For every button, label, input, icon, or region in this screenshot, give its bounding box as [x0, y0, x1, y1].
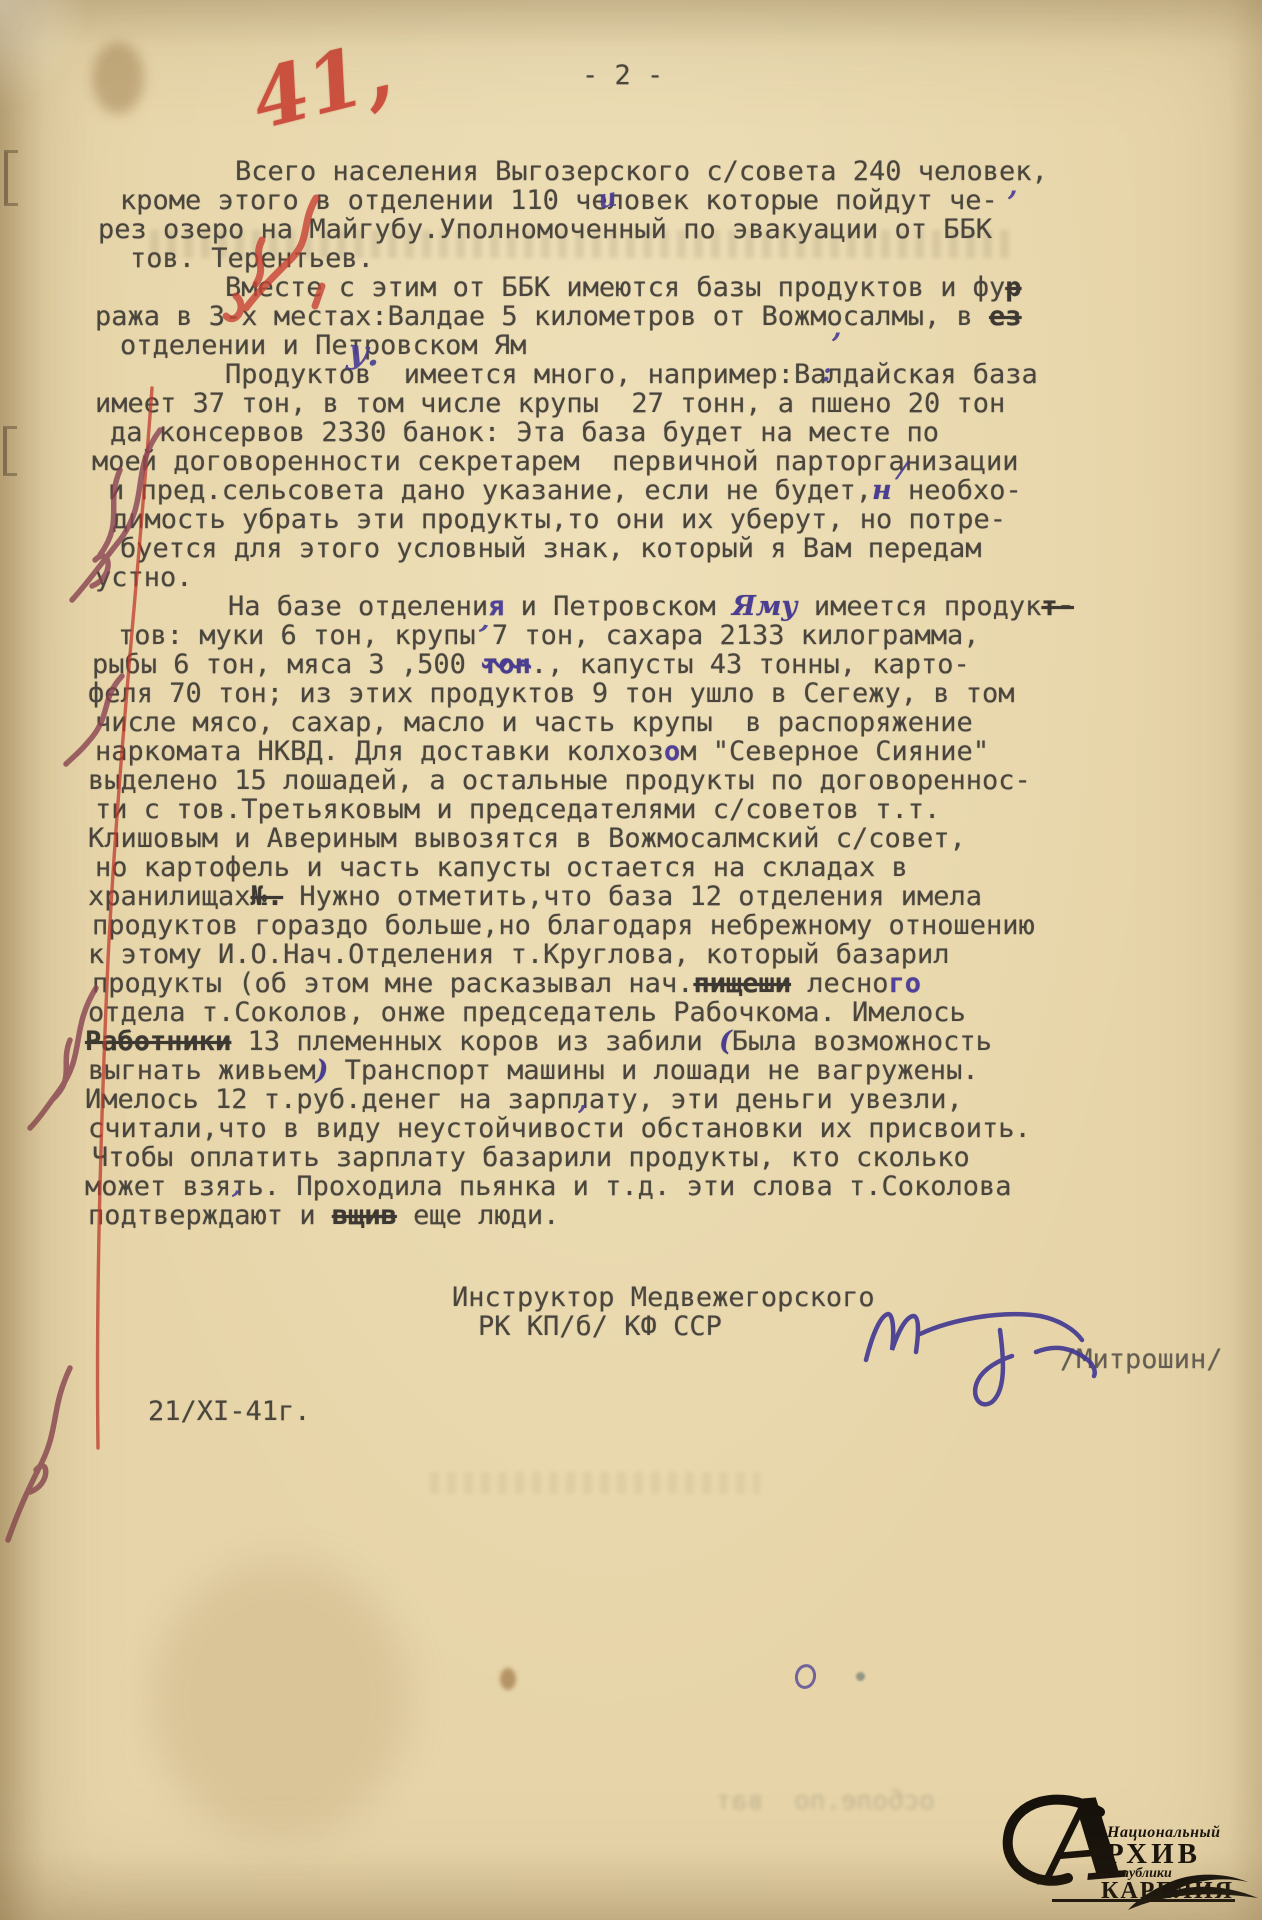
typed-text: Имелось 12 т.руб.денег на зарплату, эти … — [85, 1084, 963, 1115]
typed-line: рыбы 6 тон, мяса 3 ,500 тон., капусты 43… — [92, 651, 970, 679]
typed-line: Имелось 12 т.руб.денег на зарплату, эти … — [85, 1086, 963, 1114]
typed-line: числе мясо, сахар, масло и часть крупы в… — [95, 709, 973, 737]
signature-title-line1: Инструктор Медвежегорского — [452, 1284, 875, 1312]
typed-line: На базе отделения и Петровском Яму имеет… — [228, 593, 1074, 621]
typed-correction: т- — [1041, 591, 1074, 622]
handwritten-ink-mark: , — [578, 1088, 587, 1114]
typed-text: отдела т.Соколов, онже председатель Рабо… — [88, 997, 966, 1028]
watermark-rule — [1052, 1899, 1235, 1902]
page-number: - 2 - — [582, 62, 663, 90]
typed-line: ти с тов.Третьяковым и председателями с/… — [95, 796, 940, 824]
typed-correction: го — [889, 968, 922, 999]
handwritten-ink-mark: : — [822, 360, 832, 386]
typed-line: наркомата НКВД. Для доставки колхозом "С… — [95, 738, 989, 766]
typed-line: буется для этого условный знак, который … — [120, 535, 982, 563]
typed-line: феля 70 тон; из этих продуктов 9 тон ушл… — [88, 680, 1015, 708]
typed-text: феля 70 тон; из этих продуктов 9 тон ушл… — [88, 678, 1015, 709]
red-pencil-number: 41, — [243, 23, 401, 148]
typed-text: 13 племенных коров из забили — [231, 1026, 719, 1057]
handwritten-ink-mark: , — [1008, 172, 1018, 200]
typed-correction: ) — [316, 1055, 329, 1086]
typed-line: и пред.сельсовета дано указание, если не… — [108, 477, 1022, 505]
typed-correction: ( — [719, 1026, 732, 1057]
typed-text: может взять. Проходила пьянка и т.д. эти… — [85, 1171, 1012, 1202]
typed-line: Чтобы оплатить зарплату базарили продукт… — [92, 1144, 970, 1172]
typed-line: хранилищах№. Нужно отметить,что база 12 … — [88, 883, 982, 911]
typed-line: Вместе с этим от ББК имеются базы продук… — [225, 274, 1022, 302]
typed-line: моей договоренности секретарем первичной… — [92, 448, 1019, 476]
typed-text: наркомата НКВД. Для доставки колхоз — [95, 736, 664, 767]
typed-line: тов. Терентьев. — [130, 245, 374, 273]
typed-correction: Работники — [85, 1026, 231, 1057]
typed-text: Нужно отметить,что база 12 отделения име… — [283, 881, 982, 912]
typed-correction: я — [488, 591, 504, 622]
typed-text: м "Северное Сияние" — [680, 736, 989, 767]
typed-correction: о — [664, 736, 680, 767]
typed-text: продукты (об этом мне расказывал нач. — [92, 968, 693, 999]
typed-line: выделено 15 лошадей, а остальные продукт… — [88, 767, 1031, 795]
typed-text: кроме этого в отделении 110 человек кото… — [120, 185, 998, 216]
typed-line: к этому И.О.Нач.Отделения т.Круглова, ко… — [88, 941, 950, 969]
typed-text: но картофель и часть капусты остается на… — [95, 852, 908, 883]
typed-text: имеется продук — [798, 591, 1042, 622]
typed-text: хранилищах — [88, 881, 251, 912]
typed-line: отделении и Петровском Ям — [120, 332, 526, 360]
typed-text: Транспорт машины и лошади не вагружены. — [328, 1055, 978, 1086]
typed-text: Клишовым и Авериным вывозятся в Вожмосал… — [88, 823, 966, 854]
typed-text: считали,что в виду неустойчивости обстан… — [88, 1113, 1031, 1144]
typed-text: димость убрать эти продукты,то они их уб… — [112, 504, 1006, 535]
typed-text: Была возможность — [732, 1026, 992, 1057]
typed-line: димость убрать эти продукты,то они их уб… — [112, 506, 1006, 534]
typed-line: выгнать живьем) Транспорт машины и лошад… — [88, 1057, 979, 1085]
typed-correction: №. — [251, 881, 284, 912]
paper-speck — [500, 1668, 516, 1690]
typed-line: тов: муки 6 тон, крупы 7 тон, сахара 213… — [118, 622, 980, 650]
typed-line: но картофель и часть капусты остается на… — [95, 854, 908, 882]
typed-line: отдела т.Соколов, онже председатель Рабо… — [88, 999, 966, 1027]
ghost-offset-print — [430, 1472, 760, 1494]
paper-stain — [92, 42, 144, 114]
typed-text: выгнать живьем — [88, 1055, 316, 1086]
typed-text: подтверждают и — [88, 1200, 332, 1231]
typed-text: отделении и Петровском Ям — [120, 330, 526, 361]
typed-line: Всего населения Выгозерского с/совета 24… — [235, 158, 1048, 186]
typed-line: да консервов 2330 банок: Эта база будет … — [110, 419, 939, 447]
typed-text: да консервов 2330 банок: Эта база будет … — [110, 417, 939, 448]
document-scan: осболе.по ват - 2 - Всего населения Выго… — [0, 0, 1262, 1920]
typed-line: может взять. Проходила пьянка и т.д. эти… — [85, 1173, 1012, 1201]
typed-line: кроме этого в отделении 110 человек кото… — [120, 187, 998, 215]
typed-correction: Яму — [732, 591, 798, 622]
typed-line: продукты (об этом мне расказывал нач.пищ… — [92, 970, 921, 998]
typed-line: имеет 37 тон, в том числе крупы 27 тонн,… — [95, 390, 1005, 418]
typed-text: Вместе с этим от ББК имеются базы продук… — [225, 272, 1005, 303]
typed-correction: н — [872, 475, 892, 506]
typed-line: Клишовым и Авериным вывозятся в Вожмосал… — [88, 825, 966, 853]
typed-text: числе мясо, сахар, масло и часть крупы в… — [95, 707, 973, 738]
typed-text: лесно — [791, 968, 889, 999]
typed-text: выделено 15 лошадей, а остальные продукт… — [88, 765, 1031, 796]
typed-correction: р — [1005, 272, 1021, 303]
handwritten-ink-mark: , — [832, 314, 842, 342]
typed-text: ., капусты 43 тонны, карто- — [531, 649, 970, 680]
typed-text: имеет 37 тон, в том числе крупы 27 тонн,… — [95, 388, 1005, 419]
typed-text: рез озеро на Майгубу.Уполномоченный по э… — [98, 214, 992, 245]
typed-line: рез озеро на Майгубу.Уполномоченный по э… — [98, 216, 992, 244]
bleedthrough-text: осболе.по ват — [505, 1786, 935, 1816]
paper-stain — [150, 1560, 410, 1840]
typed-text: ража в 3-х местах:Валдае 5 километров от… — [95, 301, 989, 332]
scan-edge-mark — [3, 426, 17, 476]
typed-text: необхо- — [892, 475, 1022, 506]
typed-line: подтверждают и вщив еще люди. — [88, 1202, 559, 1230]
scan-corner-light — [0, 0, 90, 110]
typed-text: ти с тов.Третьяковым и председателями с/… — [95, 794, 940, 825]
typed-text: На базе отделени — [228, 591, 488, 622]
document-date: 21/XI-41г. — [148, 1398, 311, 1426]
typed-text: Чтобы оплатить зарплату базарили продукт… — [92, 1142, 970, 1173]
typed-correction: вщив — [332, 1200, 397, 1231]
typed-text: к этому И.О.Нач.Отделения т.Круглова, ко… — [88, 939, 950, 970]
handwritten-ink-mark: у. — [346, 334, 383, 372]
typed-text: и пред.сельсовета дано указание, если не… — [108, 475, 872, 506]
typed-line: Работники 13 племенных коров из забили (… — [85, 1028, 992, 1056]
typed-text: Всего населения Выгозерского с/совета 24… — [235, 156, 1048, 187]
typed-text: продуктов гораздо больше,но благодаря не… — [92, 910, 1035, 941]
typed-correction: пищеши — [693, 968, 791, 999]
typed-text: еще люди. — [397, 1200, 560, 1231]
typed-correction: ез — [989, 301, 1022, 332]
signature-title-line2: РК КП/б/ КФ ССР — [478, 1313, 722, 1341]
typed-text: моей договоренности секретарем первичной… — [92, 446, 1019, 477]
typed-text: устно. — [95, 562, 193, 593]
purple-ink-circle — [793, 1662, 819, 1691]
typed-line: ража в 3-х местах:Валдае 5 километров от… — [95, 303, 1022, 331]
typed-line: продуктов гораздо больше,но благодаря не… — [92, 912, 1035, 940]
typed-line: считали,что в виду неустойчивости обстан… — [88, 1115, 1031, 1143]
typed-text: тов: муки 6 тон, крупы 7 тон, сахара 213… — [118, 620, 980, 651]
typed-text: рыбы 6 тон, мяса 3 ,500 — [92, 649, 482, 680]
typed-text: тов. Терентьев. — [130, 243, 374, 274]
scan-edge-mark — [4, 150, 18, 206]
typed-correction: тон — [482, 649, 531, 680]
typed-text: буется для этого условный знак, который … — [120, 533, 982, 564]
signature-typed-name: /Митрошин/ — [1060, 1346, 1223, 1374]
typed-line: устно. — [95, 564, 193, 592]
typed-text: и Петровском — [504, 591, 732, 622]
paper-speck — [856, 1672, 865, 1681]
